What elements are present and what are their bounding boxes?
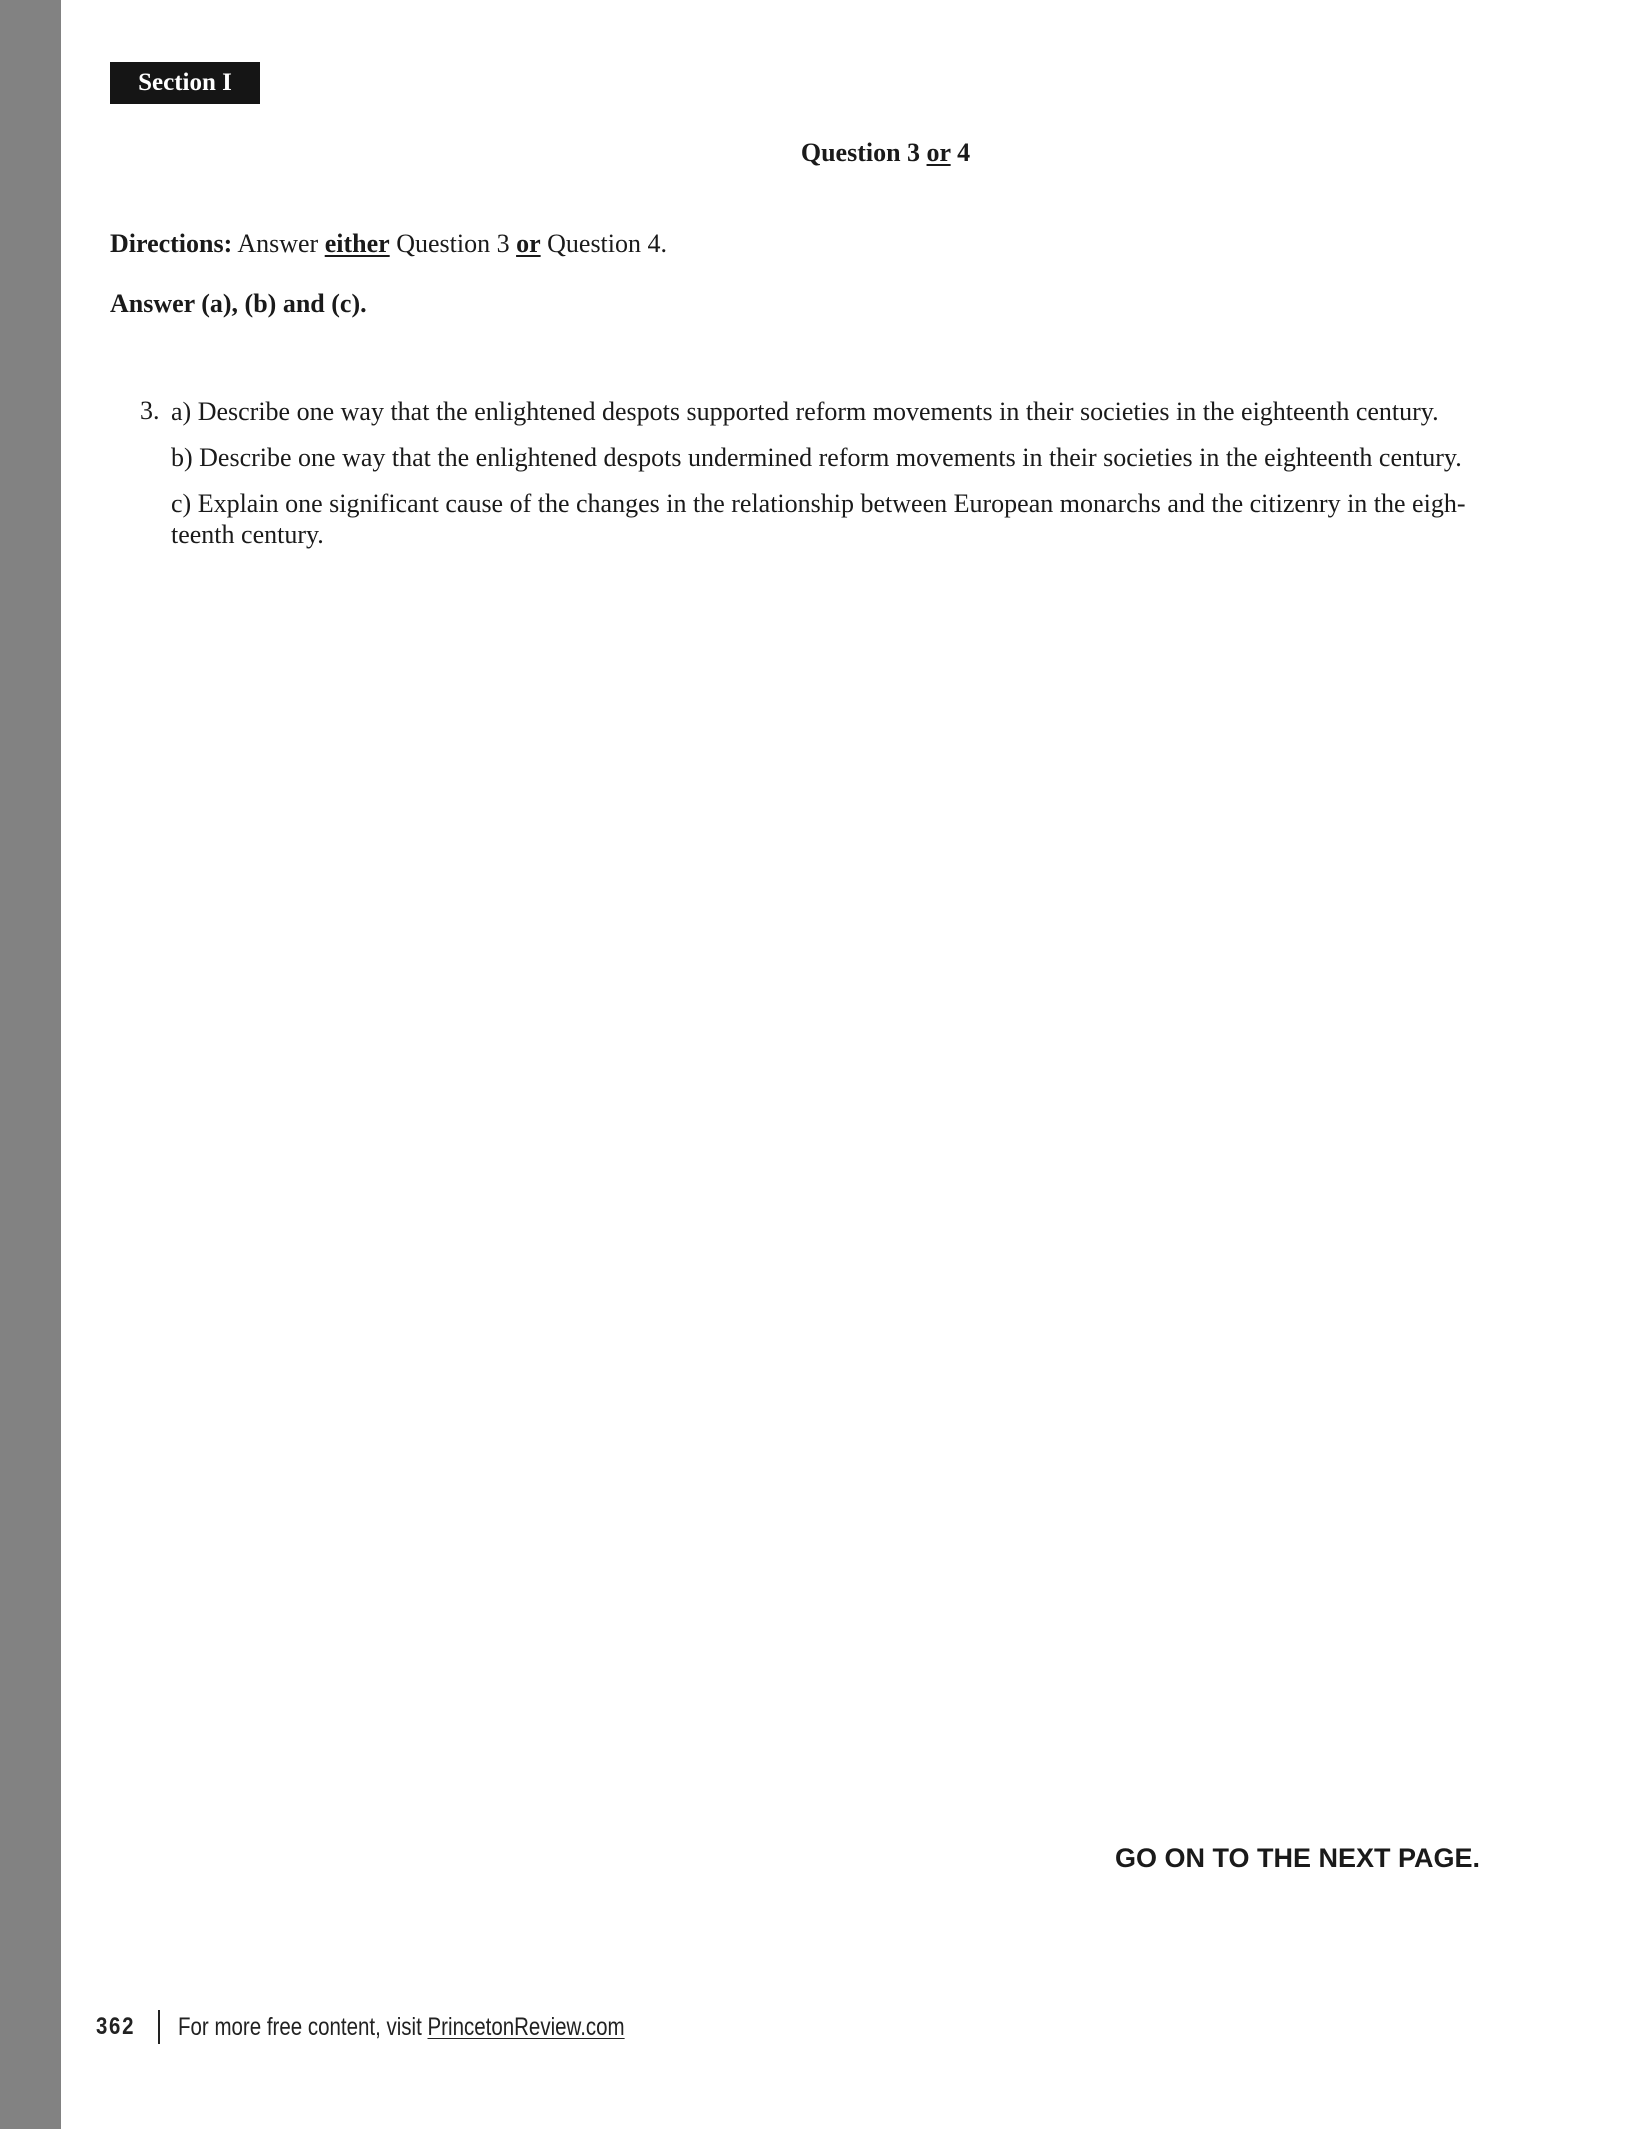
section-label: Section I [110, 62, 260, 104]
footer-text: For more free content, visit PrincetonRe… [178, 2013, 625, 2042]
title-connector: or [927, 138, 951, 167]
page-edge-bar [0, 0, 61, 2129]
footer-link[interactable]: PrincetonReview.com [428, 2013, 625, 2041]
part-c-line-2: teenth century. [171, 519, 1481, 550]
footer-promo: For more free content, visit [178, 2013, 428, 2041]
next-page-notice: GO ON TO THE NEXT PAGE. [1115, 1843, 1480, 1874]
directions-label: Directions: [110, 229, 232, 258]
answer-instruction: Answer (a), (b) and (c). [110, 289, 367, 319]
directions: Directions: Answer either Question 3 or … [110, 229, 667, 259]
question-number: 3. [140, 396, 160, 426]
page-number: 362 [96, 2013, 144, 2041]
part-c-line-1: c) Explain one significant cause of the … [171, 488, 1481, 519]
question-part-c: c) Explain one significant cause of the … [171, 488, 1481, 550]
section-label-text: Section I [138, 69, 232, 97]
question-part-a: a) Describe one way that the enlightened… [171, 396, 1481, 427]
question-part-b: b) Describe one way that the enlightened… [171, 442, 1481, 473]
directions-text: Question 4. [541, 229, 667, 258]
footer-divider [158, 2010, 160, 2044]
title-suffix: 4 [951, 138, 971, 167]
directions-text: Question 3 [390, 229, 516, 258]
emphasis-or: or [516, 229, 541, 258]
emphasis-either: either [325, 229, 390, 258]
directions-text: Answer [232, 229, 324, 258]
page-footer: 362 For more free content, visit Princet… [96, 2010, 723, 2044]
question-title: Question 3 or 4 [61, 138, 1640, 168]
title-prefix: Question 3 [801, 138, 927, 167]
